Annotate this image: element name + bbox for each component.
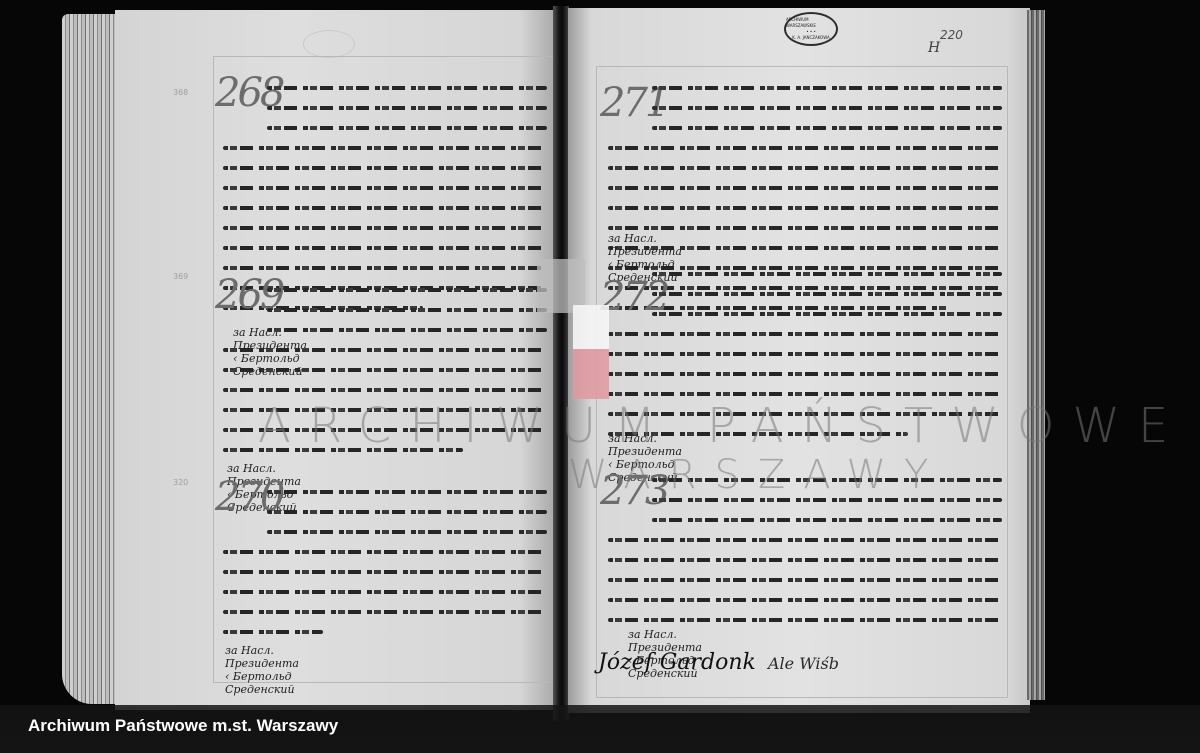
handwritten-line bbox=[608, 326, 1002, 341]
handwritten-line bbox=[608, 160, 1002, 175]
handwritten-line bbox=[223, 604, 547, 619]
handwritten-line bbox=[608, 346, 1002, 361]
handwritten-line bbox=[267, 302, 547, 317]
handwritten-line bbox=[267, 120, 547, 135]
handwritten-line bbox=[223, 140, 547, 155]
watermark-text: WARSZAWY bbox=[568, 452, 946, 498]
handwritten-line bbox=[608, 612, 1002, 627]
margin-note: 368 bbox=[173, 88, 188, 97]
handwritten-line bbox=[608, 532, 1002, 547]
stamp-text: ARCHIWUM WARSZAWSKIE bbox=[786, 17, 836, 29]
handwritten-line bbox=[652, 512, 1002, 527]
handwritten-line bbox=[223, 544, 547, 559]
handwritten-line bbox=[652, 266, 1002, 281]
watermark-logo-white bbox=[573, 305, 609, 349]
handwritten-line bbox=[652, 120, 1002, 135]
handwritten-line bbox=[223, 382, 547, 397]
handwritten-line bbox=[223, 180, 547, 195]
archive-stamp: ARCHIWUM WARSZAWSKIE • • • K. A. JANCZAK… bbox=[784, 12, 838, 46]
handwritten-line bbox=[608, 592, 1002, 607]
folio-number: 220 bbox=[940, 28, 963, 42]
handwritten-line bbox=[652, 306, 1002, 321]
handwritten-line bbox=[608, 366, 1002, 381]
handwritten-line bbox=[652, 80, 1002, 95]
margin-note: 320 bbox=[173, 478, 188, 487]
handwritten-line bbox=[608, 140, 1002, 155]
officer-signoff: за Насл. Президента ‹ Бертольд Среденски… bbox=[225, 644, 299, 696]
handwritten-line bbox=[267, 282, 547, 297]
watermark-text: ARCHIWUM PAŃSTWOWE bbox=[258, 398, 1186, 454]
handwritten-line bbox=[223, 624, 323, 639]
handwritten-line bbox=[652, 286, 1002, 301]
book-left-page-stack bbox=[62, 14, 118, 704]
handwritten-line bbox=[223, 220, 547, 235]
handwritten-line bbox=[223, 564, 547, 579]
handwritten-line bbox=[223, 200, 547, 215]
margin-note: 369 bbox=[173, 272, 188, 281]
watermark-logo-red bbox=[573, 349, 609, 399]
handwritten-line bbox=[223, 160, 547, 175]
folio-mark: H bbox=[928, 40, 940, 56]
handwritten-line bbox=[608, 552, 1002, 567]
handwritten-line bbox=[267, 80, 547, 95]
handwritten-line bbox=[652, 100, 1002, 115]
signature-witness-1: Józef Gardonk bbox=[598, 650, 756, 675]
handwritten-line bbox=[223, 362, 547, 377]
handwritten-line bbox=[608, 180, 1002, 195]
handwritten-line bbox=[223, 584, 547, 599]
stamp-text: K. A. JANCZAKOWA bbox=[792, 35, 830, 41]
book-right-page-stack bbox=[1027, 10, 1045, 700]
faded-stamp bbox=[303, 30, 355, 58]
handwritten-line bbox=[267, 524, 547, 539]
handwritten-line bbox=[267, 100, 547, 115]
handwritten-line bbox=[267, 504, 547, 519]
document-viewer: 368 369 320 268 за Насл. Президента ‹ Бе… bbox=[0, 0, 1200, 753]
handwritten-line bbox=[608, 572, 1002, 587]
archive-caption: Archiwum Państwowe m.st. Warszawy bbox=[28, 716, 338, 736]
handwritten-line bbox=[608, 200, 1002, 215]
handwritten-line bbox=[223, 342, 547, 357]
handwritten-line bbox=[267, 484, 547, 499]
right-page: ARCHIWUM WARSZAWSKIE • • • K. A. JANCZAK… bbox=[568, 8, 1030, 713]
book-gutter bbox=[553, 6, 569, 721]
handwritten-line bbox=[267, 322, 547, 337]
signature-witness-2: Ale Wiśb bbox=[768, 654, 839, 673]
handwritten-line bbox=[223, 240, 547, 255]
left-page: 368 369 320 268 за Насл. Президента ‹ Бе… bbox=[115, 10, 555, 710]
